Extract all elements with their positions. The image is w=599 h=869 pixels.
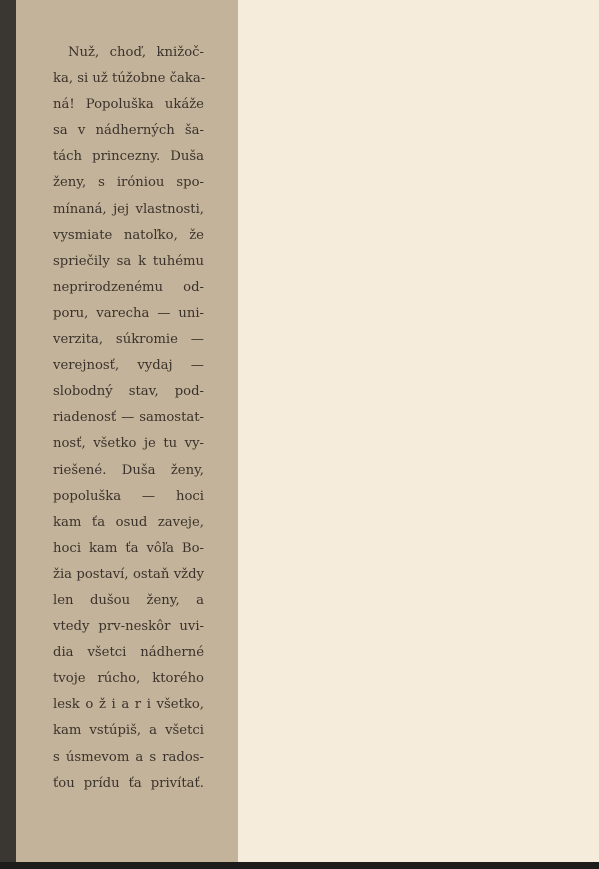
text-line: slobodný stav, pod- bbox=[53, 379, 204, 405]
text-line: riadenosť — samostat- bbox=[53, 405, 204, 431]
scan-bottom-edge bbox=[0, 862, 599, 869]
text-line: ka, si už túžobne čaka- bbox=[53, 66, 204, 92]
text-line: hoci kam ťa vôľa Bo- bbox=[53, 536, 204, 562]
text-line: tách princezny. Duša bbox=[53, 144, 204, 170]
text-line: lesk o ž i a r i všetko, bbox=[53, 692, 204, 718]
text-line: ťou prídu ťa privítať. bbox=[53, 771, 204, 797]
text-line: verejnosť, vydaj — bbox=[53, 353, 204, 379]
text-line: verzita, súkromie — bbox=[53, 327, 204, 353]
text-line: riešené. Duša ženy, bbox=[53, 458, 204, 484]
text-line: popoluška — hoci bbox=[53, 484, 204, 510]
text-line: mínaná, jej vlastnosti, bbox=[53, 197, 204, 223]
text-line: sa v nádherných ša- bbox=[53, 118, 204, 144]
text-line: vtedy prv-neskôr uvi- bbox=[53, 614, 204, 640]
text-line: ná! Popoluška ukáže bbox=[53, 92, 204, 118]
text-line: dia všetci nádherné bbox=[53, 640, 204, 666]
text-line: vysmiate natoľko, že bbox=[53, 223, 204, 249]
text-line: ženy, s iróniou spo- bbox=[53, 170, 204, 196]
text-line: Nuž, choď, knižoč- bbox=[53, 40, 204, 66]
text-line: kam ťa osud zaveje, bbox=[53, 510, 204, 536]
text-line: žia postaví, ostaň vždy bbox=[53, 562, 204, 588]
text-line: spriečily sa k tuhému bbox=[53, 249, 204, 275]
text-line: kam vstúpiš, a všetci bbox=[53, 718, 204, 744]
text-line: nosť, všetko je tu vy- bbox=[53, 431, 204, 457]
text-line: s úsmevom a s rados- bbox=[53, 745, 204, 771]
flap-blurb-text: Nuž, choď, knižoč- ka, si už túžobne čak… bbox=[53, 40, 204, 797]
book-spine-edge bbox=[0, 0, 16, 862]
blank-endpaper bbox=[238, 0, 599, 862]
text-line: tvoje rúcho, ktorého bbox=[53, 666, 204, 692]
text-line: poru, varecha — uni- bbox=[53, 301, 204, 327]
text-line: len dušou ženy, a bbox=[53, 588, 204, 614]
text-line: neprirodzenému od- bbox=[53, 275, 204, 301]
